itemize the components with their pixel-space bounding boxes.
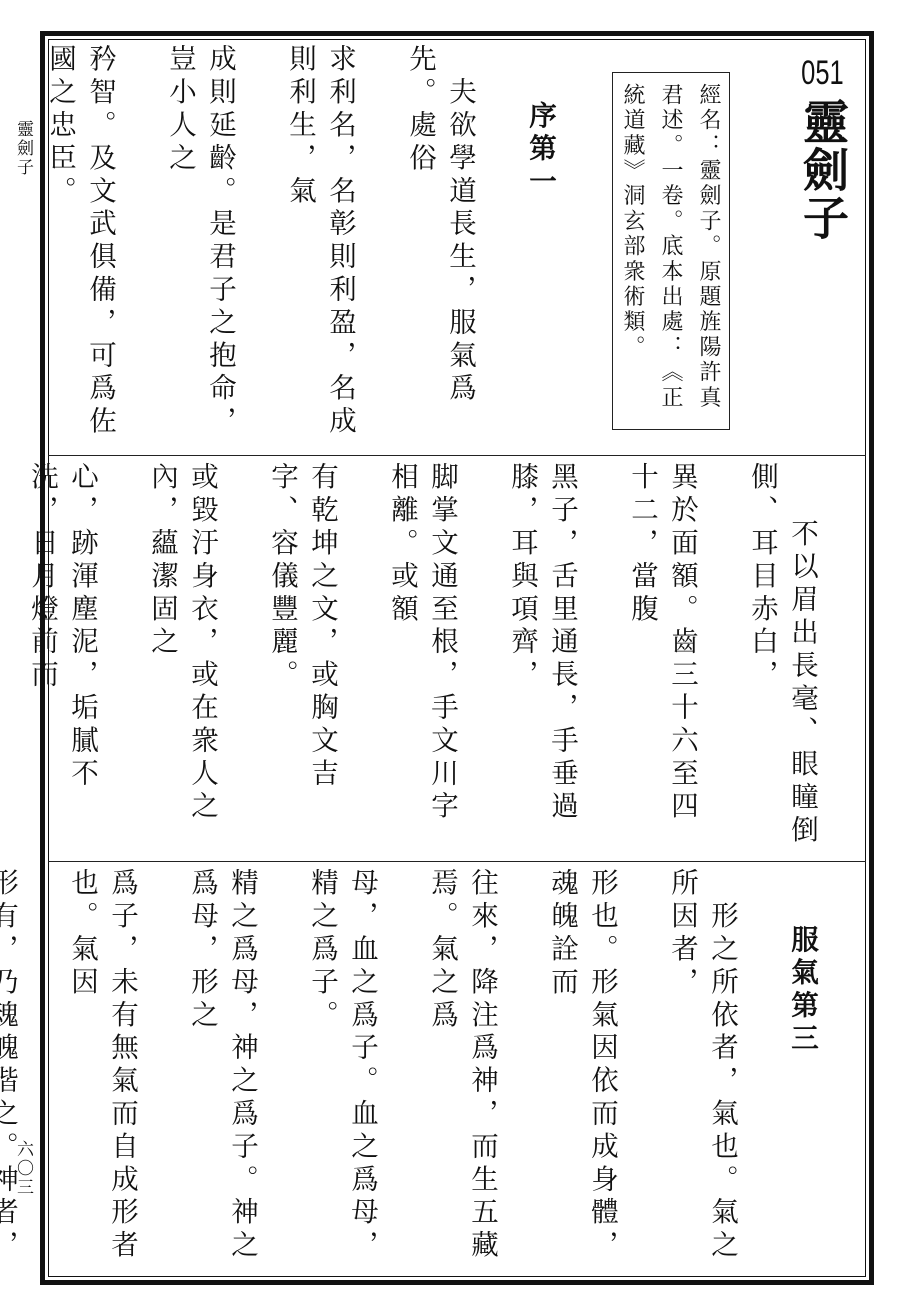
text-column: 矜智。及文武俱備，可爲佐國之忠臣。: [44, 44, 116, 439]
section-heading-breathing: 服氣第三: [786, 925, 818, 1057]
text-column: 精之爲母，神之爲子。神之爲母，形之: [186, 868, 258, 1263]
scripture-note-text: 經名：靈劍子。原題旌陽許真君述。一卷。底本出處：《正統道藏》洞玄部衆術類。: [613, 83, 727, 413]
entry-title: 靈劍子: [798, 98, 848, 242]
text-column: 脚掌文通至根，手文川字相離。或額: [386, 462, 458, 824]
bottom-text-block: 服氣第三 形之所依者，氣也。氣之所因者， 形也。形氣因依而成身體，魂魄詮而 往來…: [0, 868, 862, 1276]
text-column: 成則延齡。是君子之抱命，豈小人之: [164, 44, 236, 439]
text-column: 形也。形氣因依而成身體，魂魄詮而: [546, 868, 618, 1263]
text-column: 母，血之爲子。血之爲母，精之爲子。: [306, 868, 378, 1263]
band-top: 051 靈劍子 經名：靈劍子。原題旌陽許真君述。一卷。底本出處：《正統道藏》洞玄…: [52, 44, 862, 448]
text-column: 異於面額。齒三十六至四十二，當腹: [626, 462, 698, 824]
text-column: 夫欲學道長生，服氣爲先。處俗: [404, 44, 476, 406]
text-column: 往來，降注爲神，而生五藏焉。氣之爲: [426, 868, 498, 1263]
text-column: 形之所依者，氣也。氣之所因者，: [666, 868, 738, 1263]
band-divider-1: [48, 455, 866, 456]
band-middle: 不以眉出長毫、眼瞳倒側、耳目赤白， 異於面額。齒三十六至四十二，當腹 黑子，舌里…: [52, 462, 862, 854]
band-divider-2: [48, 861, 866, 862]
preface-text-block: 序第一 夫欲學道長生，服氣爲先。處俗 求利名，名彰則利盈，名成則利生，氣 成則延…: [0, 44, 600, 448]
text-column: 黑子，舌里通長，手垂過膝，耳與項齊，: [506, 462, 578, 824]
text-column: 爲子，未有無氣而自成形者也。氣因: [66, 868, 138, 1263]
text-column: 求利名，名彰則利盈，名成則利生，氣: [284, 44, 356, 439]
section-heading-preface: 序第一: [524, 101, 556, 200]
text-column: 心，跡渾塵泥，垢膩不洗，日月燈前而: [26, 462, 98, 791]
entry-number: 051: [801, 54, 844, 93]
scripture-note-box: 經名：靈劍子。原題旌陽許真君述。一卷。底本出處：《正統道藏》洞玄部衆術類。: [612, 72, 730, 430]
text-column: 有乾坤之文，或胸文吉字、容儀豐麗。: [266, 462, 338, 791]
middle-text-block: 不以眉出長毫、眼瞳倒側、耳目赤白， 異於面額。齒三十六至四十二，當腹 黑子，舌里…: [0, 462, 862, 854]
band-bottom: 服氣第三 形之所依者，氣也。氣之所因者， 形也。形氣因依而成身體，魂魄詮而 往來…: [52, 868, 862, 1276]
text-column: 形有，乃魂魄偕之。神者，氣之母也。: [0, 868, 18, 1263]
text-column: 不以眉出長毫、眼瞳倒側、耳目赤白，: [746, 462, 818, 848]
text-column: 或毀汙身衣，或在衆人之內，蘊潔固之: [146, 462, 218, 824]
